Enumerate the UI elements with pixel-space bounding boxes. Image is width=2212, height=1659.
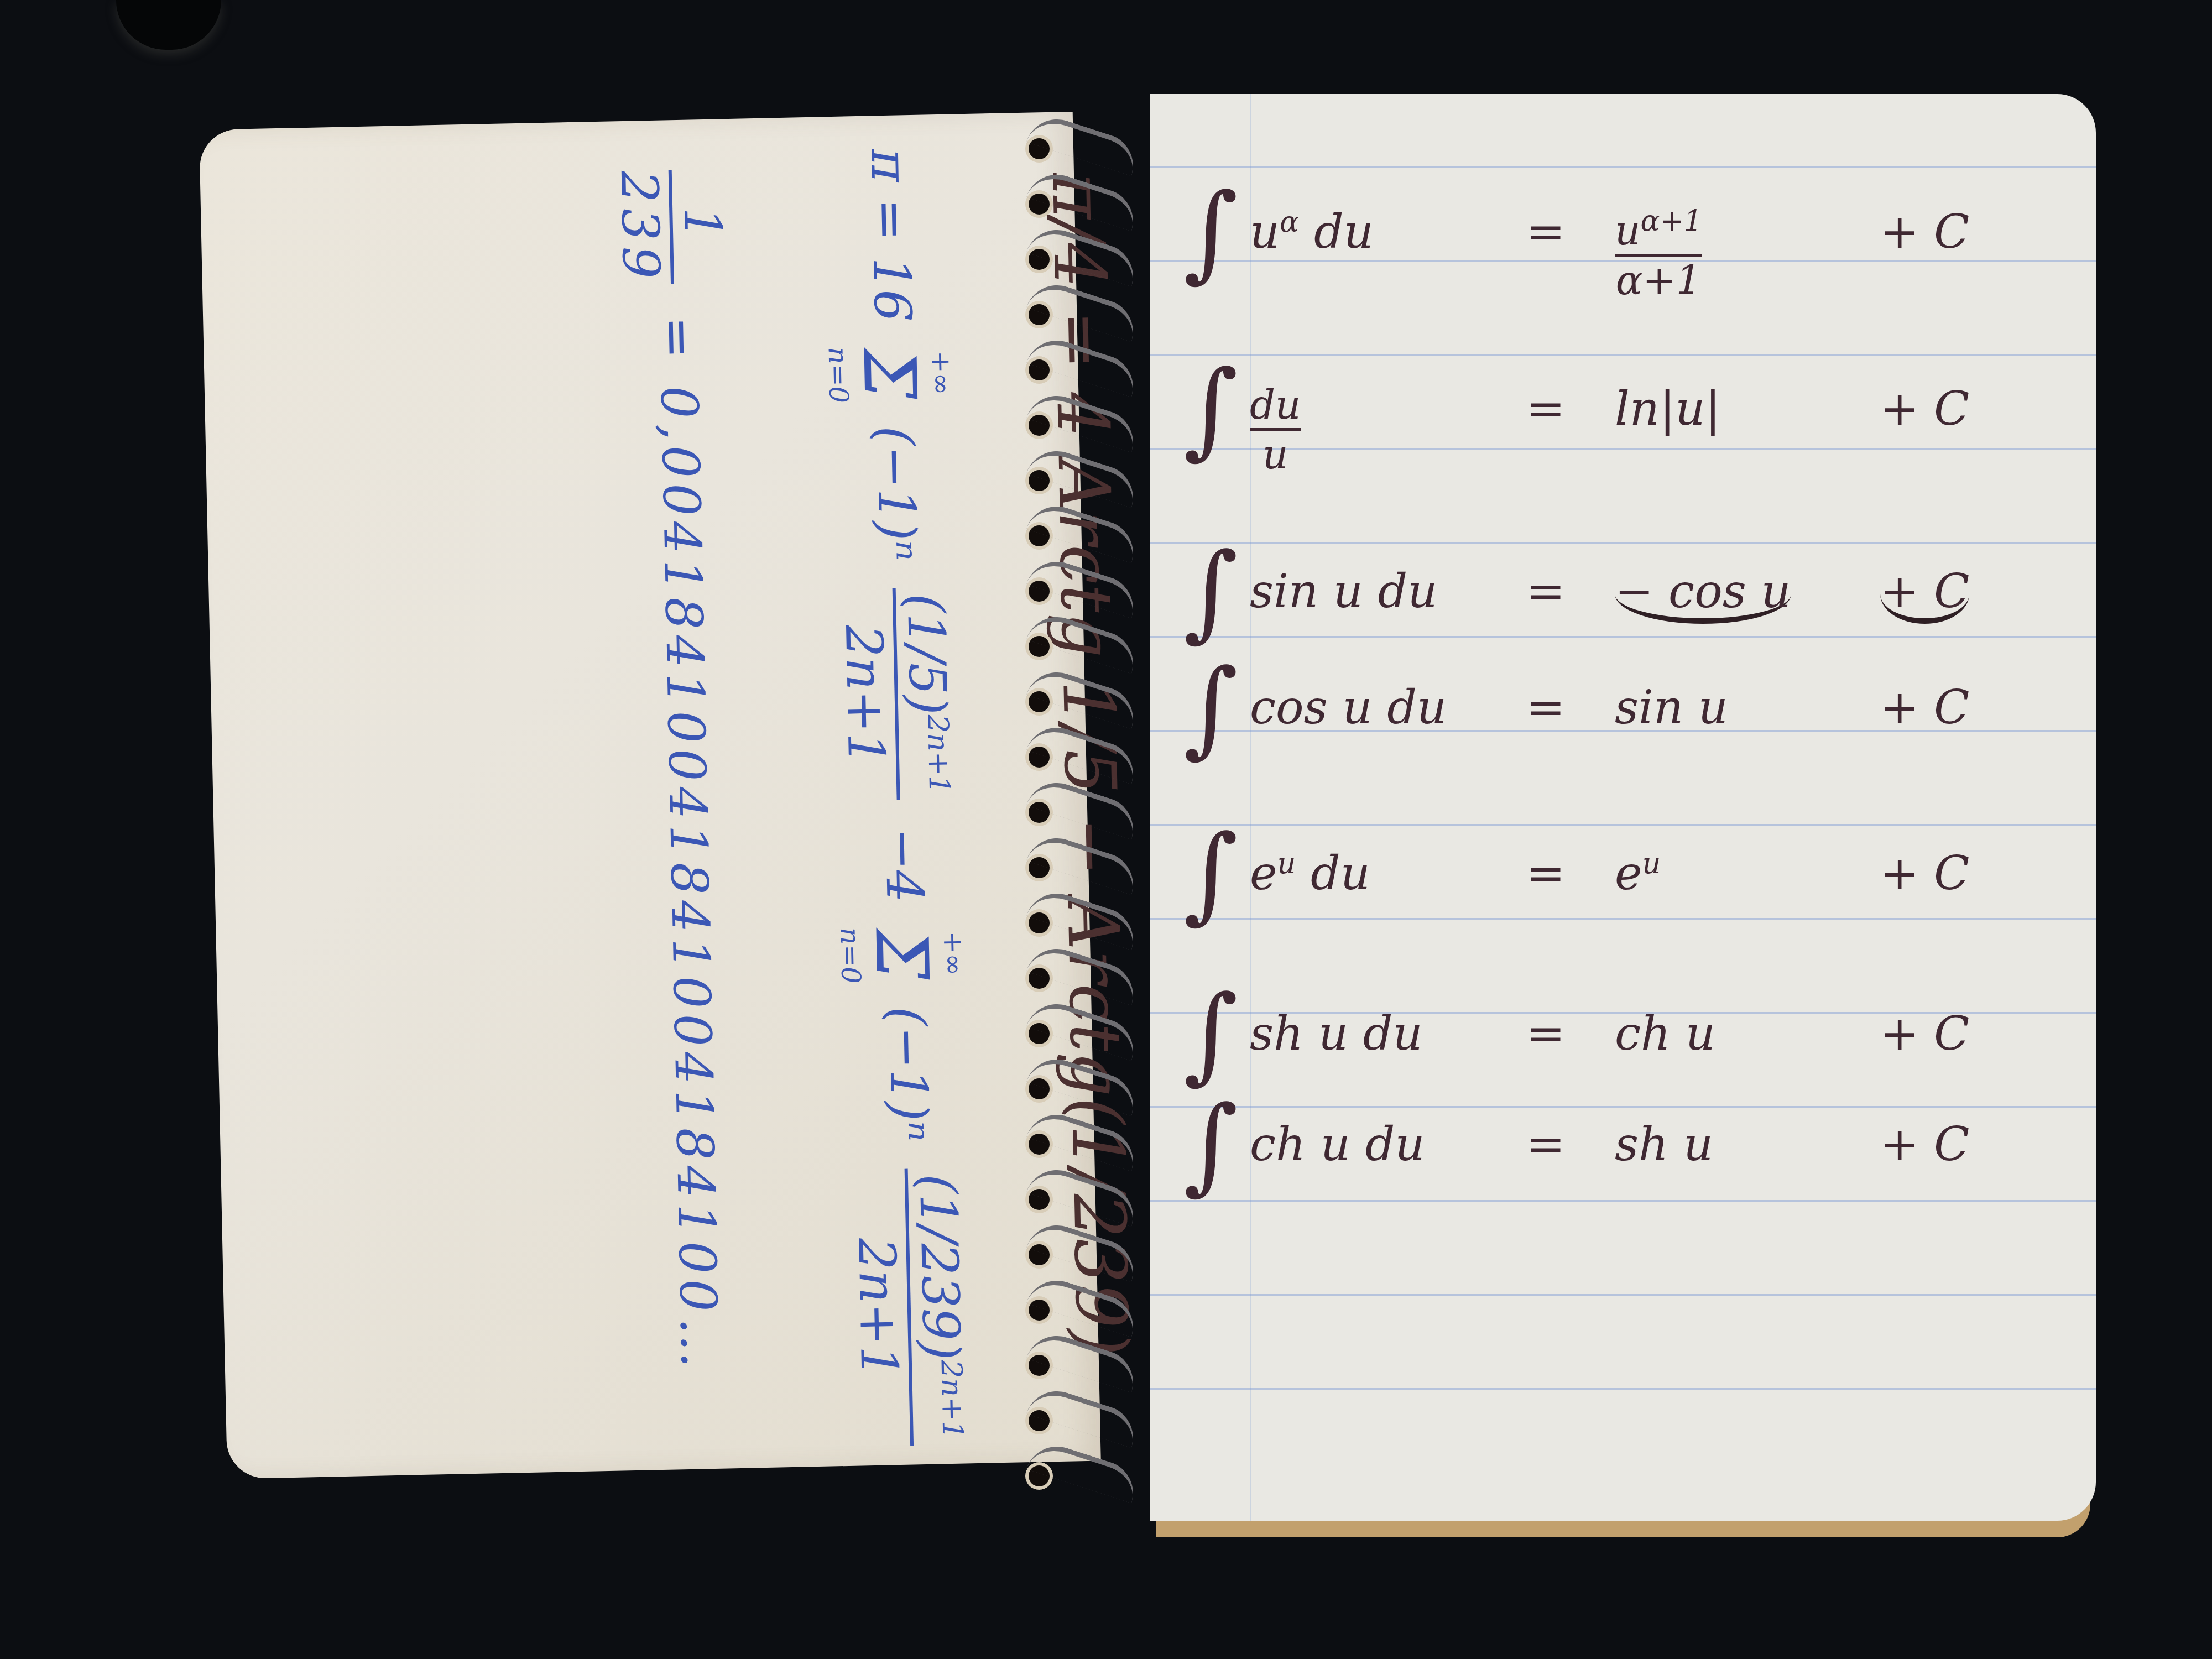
integral-icon: ∫: [1183, 536, 1238, 647]
spiral-coil: [1026, 664, 1141, 729]
constant: + C: [1880, 846, 1969, 900]
spiral-coil: [1026, 996, 1141, 1061]
sum1-den: 2n+1: [833, 588, 897, 801]
integral-icon: ∫: [1183, 818, 1238, 929]
spiral-coil: [1026, 166, 1141, 232]
integral-icon: ∫: [1183, 177, 1238, 288]
constant: + C: [1880, 205, 1969, 259]
formula-power-rule: ∫ uα du = uα+1 α+1 + C: [1183, 177, 2068, 288]
result: − cos u: [1615, 564, 1791, 624]
background-object-shadow: [116, 0, 221, 50]
sum1-exp: 2n+1: [921, 714, 956, 794]
pi-lhs: π: [859, 148, 919, 183]
sum1-fraction: (1/5)2n+1 2n+1: [833, 587, 959, 802]
spiral-coil: [1026, 719, 1141, 785]
sum2-lower: n=0: [834, 927, 866, 984]
spiral-coil: [1026, 443, 1141, 508]
equals: =: [1526, 205, 1565, 259]
pi-eq: =: [860, 197, 921, 241]
constant: + C: [1880, 564, 1969, 624]
spiral-coil: [1026, 609, 1141, 674]
sum1-num: (1/5): [896, 593, 958, 716]
result: sin u: [1615, 680, 1728, 734]
pi-coef2: −4: [874, 827, 935, 903]
sum2-den: 2n+1: [846, 1169, 910, 1447]
notebook-left-page: π/4 = 4 Arctg 1/5 − Arctg(1/239) π = 16 …: [199, 112, 1101, 1479]
integrand-exponent: α: [1280, 206, 1299, 239]
result-fraction: uα+1 α+1: [1615, 205, 1702, 304]
sum2-exp: 2n+1: [935, 1360, 969, 1439]
result-den: α+1: [1615, 257, 1702, 304]
formula-exp-rule: ∫ eu du = eu + C: [1183, 818, 2068, 929]
integrand: sin u du: [1250, 564, 1437, 618]
formula-cosh-rule: ∫ ch u du = sh u + C: [1183, 1089, 2068, 1200]
spiral-coil: [1026, 1051, 1141, 1117]
spiral-coil: [1026, 1328, 1141, 1393]
formula-sinh-rule: ∫ sh u du = ch u + C: [1183, 979, 2068, 1089]
decimal-fraction: 1 239: [609, 169, 733, 285]
spiral-coil: [1026, 830, 1141, 895]
spiral-coil: [1026, 1162, 1141, 1227]
differential: du: [1311, 846, 1370, 900]
spiral-binding: [1018, 105, 1167, 1521]
sum1-lower: n=0: [822, 347, 854, 404]
spiral-coil: [1026, 1438, 1141, 1504]
spiral-coil: [1026, 1383, 1141, 1448]
spiral-coil: [1026, 1272, 1141, 1338]
integrand: u: [1250, 205, 1280, 259]
spiral-coil: [1026, 1107, 1141, 1172]
integrand: cos u du: [1250, 680, 1447, 734]
integrand-den: u: [1250, 431, 1301, 478]
integrand-exponent: u: [1277, 847, 1296, 880]
result-num: u: [1615, 207, 1640, 254]
integral-icon: ∫: [1183, 653, 1238, 763]
integral-icon: ∫: [1183, 979, 1238, 1089]
constant: + C: [1880, 382, 1969, 436]
integrand: sh u du: [1250, 1006, 1423, 1061]
spiral-coil: [1026, 941, 1141, 1006]
ruled-line: [1150, 1200, 2096, 1202]
result: ln|u|: [1615, 382, 1721, 436]
sum1-sign: (−1)ⁿ: [865, 425, 927, 562]
integral-icon: ∫: [1183, 354, 1238, 465]
spiral-coil: [1026, 111, 1141, 176]
sum2-sigma: +∞ Σ n=0: [834, 925, 969, 984]
pi-series-formula: π = 16 +∞ Σ n=0 (−1)ⁿ (1/5)2n+1 2n+1 −4 …: [818, 148, 979, 1458]
ruled-line: [1150, 166, 2096, 168]
decimal-num: 1: [669, 169, 733, 284]
spiral-coil: [1026, 498, 1141, 564]
spiral-coil: [1026, 775, 1141, 840]
notebook-right-page: ∫ uα du = uα+1 α+1 + C ∫ du u = ln|u| + …: [1150, 94, 2096, 1521]
result: e: [1615, 846, 1642, 900]
result: sh u: [1615, 1117, 1713, 1171]
decimal-den: 239: [609, 170, 671, 285]
equals: =: [1526, 680, 1565, 734]
differential: du: [1314, 205, 1374, 259]
spiral-coil: [1026, 332, 1141, 398]
sigma-icon: Σ: [853, 345, 926, 403]
sigma-icon: Σ: [865, 926, 938, 983]
constant: + C: [1880, 1006, 1969, 1061]
spiral-coil: [1026, 885, 1141, 951]
equals: =: [1526, 1006, 1565, 1061]
constant: + C: [1880, 680, 1969, 734]
result-exponent: α+1: [1640, 205, 1702, 238]
decimal-value: 0,00418410041841004184100…: [649, 385, 729, 1374]
spiral-coil: [1026, 277, 1141, 342]
spiral-coil: [1026, 1217, 1141, 1282]
result: ch u: [1615, 1006, 1715, 1061]
equals: =: [1526, 846, 1565, 900]
decimal-eq: =: [648, 316, 708, 365]
ruled-line: [1150, 1388, 2096, 1390]
decimal-expansion: 1 239 = 0,00418410041841004184100…: [609, 158, 756, 1375]
margin-line: [1250, 94, 1251, 1521]
equals: =: [1526, 564, 1565, 618]
integrand: ch u du: [1250, 1117, 1425, 1171]
integral-icon: ∫: [1183, 1089, 1238, 1200]
formula-cos-rule: ∫ cos u du = sin u + C: [1183, 653, 2068, 763]
sum2-fraction: (1/239)2n+1 2n+1: [846, 1168, 973, 1447]
spiral-coil: [1026, 222, 1141, 287]
equals: =: [1526, 1117, 1565, 1171]
integrand: e: [1250, 846, 1277, 900]
spiral-coil: [1026, 388, 1141, 453]
formula-log-rule: ∫ du u = ln|u| + C: [1183, 354, 2068, 465]
pi-coef1: 16: [862, 257, 922, 322]
integrand-fraction: du u: [1250, 382, 1301, 478]
constant: + C: [1880, 1117, 1969, 1171]
sum2-num: (1/239): [908, 1173, 971, 1361]
formula-sin-rule: ∫ sin u du = − cos u + C: [1183, 536, 2068, 647]
sum2-sign: (−1)ⁿ: [878, 1006, 940, 1142]
result-exponent: u: [1642, 847, 1661, 880]
spiral-coil: [1026, 554, 1141, 619]
ruled-line: [1150, 1294, 2096, 1296]
sum1-sigma: +∞ Σ n=0: [822, 345, 957, 404]
equals: =: [1526, 382, 1565, 436]
integrand-num: du: [1250, 382, 1301, 431]
